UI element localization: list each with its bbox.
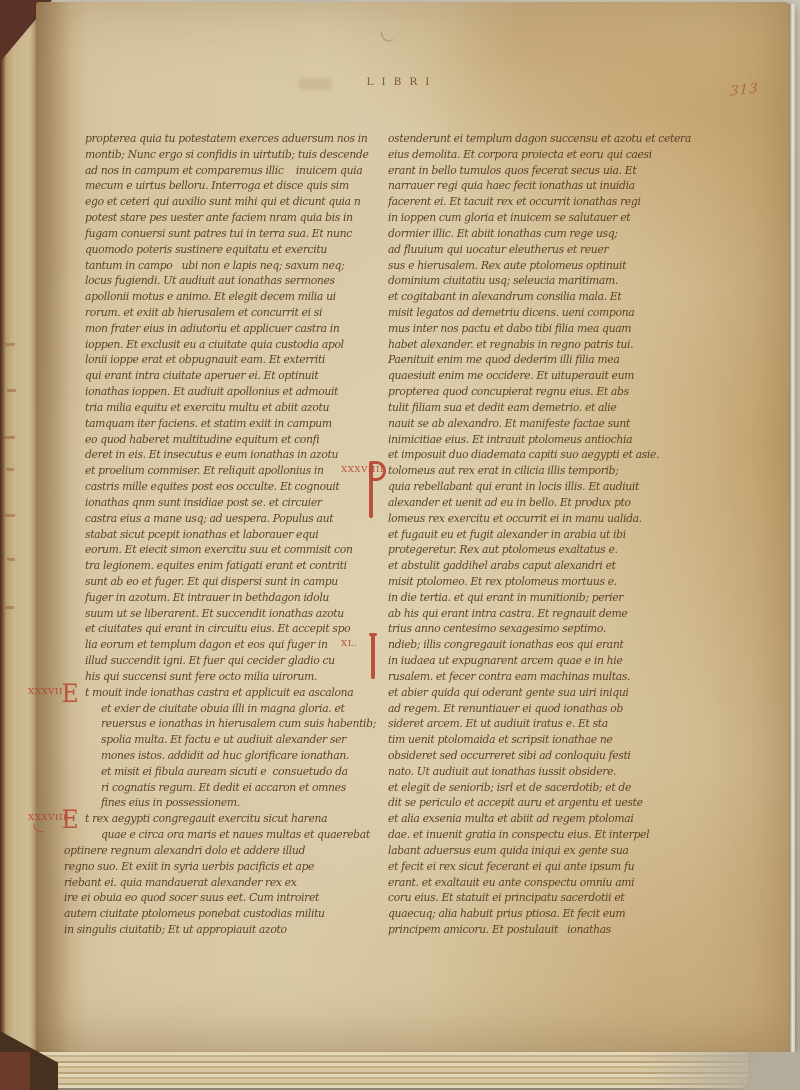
manuscript-line: ego et ceteri qui auxilio sunt mihi qui … [85,195,360,208]
manuscript-line: apollonii motus e animo. Et elegit decem… [85,290,336,303]
manuscript-line: ire ei obuia eo quod socer suus eet. Cum… [64,891,319,904]
manuscript-line: narrauer regi quia haec fecit ionathas u… [388,179,635,192]
margin-chapter-number: XXXVII [28,687,63,697]
manuscript-line: sunt ab eo et fuger. Et qui dispersi sun… [85,575,338,588]
manuscript-line: et imposuit duo diademata capiti suo aeg… [388,448,659,461]
manuscript-line: dominium ciuitatiu usq; seleucia maritim… [388,274,618,287]
manuscript-line: castris mille equites post eos occulte. … [85,480,339,493]
manuscript-line: optinere regnum alexandri dolo et addere… [64,844,305,857]
manuscript-line: protegeretur. Rex aut ptolomeus exaltatu… [388,543,618,556]
manuscript-line: mones istos. addidit ad huc glorificare … [101,749,349,762]
manuscript-line: rorum. et exiit ab hierusalem et concurr… [85,306,322,319]
page-edges-fade [640,1052,800,1090]
manuscript-line: montib; Nunc ergo si confidis in uirtuti… [85,148,369,161]
manuscript-line: ad nos in campum et comparemus illic inu… [85,164,362,177]
manuscript-line: et elegit de seniorib; isrl et de sacerd… [388,781,631,794]
manuscript-line: riebant ei. quia mandauerat alexander re… [64,876,296,889]
manuscript-line: sideret arcem. Et ut audiuit iratus e. E… [388,717,608,730]
manuscript-line: et abier quida qui oderant gente sua uir… [388,686,629,699]
manuscript-line: habet alexander. et regnabis in regno pa… [388,338,633,351]
manuscript-line: ionathas ioppen. Et audiuit apollonius e… [85,385,338,398]
manuscript-line: tantum in campo ubi non e lapis neq; sax… [85,259,344,272]
running-title: LIBRI [332,76,472,88]
manuscript-line: eius demolita. Et corpora proiecta et eo… [388,148,652,161]
manuscript-line: dit se periculo et accepit auru et argen… [388,796,643,809]
manuscript-line: et abstulit gaddihel arabs caput alexand… [388,559,616,572]
margin-chapter-number: XXXVIII [28,813,67,823]
manuscript-line: fuger in azotum. Et intrauer in bethdago… [85,591,329,604]
manuscript-line: erant in bello tumulos quos fecerat secu… [388,164,636,177]
manuscript-line: qui erant intra ciuitate aperuer ei. Et … [85,369,318,382]
manuscript-line: deret in eis. Et insecutus e eum ionatha… [85,448,338,461]
manuscript-line: nauit se ab alexandro. Et manifeste fact… [388,417,630,430]
edge-fragment-mark [5,606,14,609]
manuscript-line: misit ptolomeo. Et rex ptolomeus mortuus… [388,575,617,588]
manuscript-line: in singulis ciuitatib; Et ut appropiauit… [64,923,287,936]
manuscript-line: tamquam iter faciens. et statim exiit in… [85,417,332,430]
manuscript-line: ad regem. Et renuntiauer ei quod ionatha… [388,702,623,715]
parchment-page: LIBRI 313 propterea quia tu potestatem e… [36,2,792,1054]
manuscript-line: ionathas qnm sunt insidiae post se. et c… [85,496,322,509]
manuscript-line: dae. et inuenit gratia in conspectu eius… [388,828,649,841]
manuscript-line: facerent ei. Et tacuit rex et occurrit i… [388,195,641,208]
pen-trial-mark [380,29,393,44]
manuscript-line: lonii ioppe erat et obpugnauit eam. Et e… [85,353,325,366]
manuscript-line: et misit ei fibula auream sicuti e consu… [101,765,348,778]
manuscript-line: t mouit inde ionathas castra et applicui… [85,686,353,699]
manuscript-line: quaecuq; alia habuit prius ptiosa. Et fe… [388,907,625,920]
manuscript-line: et cogitabant in alexandrum consilia mal… [388,290,621,303]
manuscript-line: in ioppen cum gloria et inuicem se salut… [388,211,630,224]
manuscript-line: tolomeus aut rex erat in cilicia illis t… [388,464,618,477]
manuscript-line: mon frater eius in adiutoriu et applicue… [85,322,340,335]
manuscript-line: dormier illic. Et abiit ionathas cum reg… [388,227,618,240]
manuscript-line: eorum. Et eiecit simon exercitu suu et c… [85,543,353,556]
manuscript-line: in die tertia. et qui erant in munitioni… [388,591,623,604]
manuscript-line: principem amicoru. Et postulauit ionatha… [388,923,611,936]
manuscript-line: reuersus e ionathas in hierusalem cum su… [101,717,376,730]
manuscript-line: quomodo poteris sustinere equitatu et ex… [85,243,327,256]
manuscript-line: quia rebellabant qui erant in locis illi… [388,480,639,493]
manuscript-line: mus inter nos pactu et dabo tibi filia m… [388,322,631,335]
manuscript-line: et fugauit eu et fugit alexander in arab… [388,528,626,541]
rubric-initial-E: E [62,681,79,706]
manuscript-line: eo quod haberet multitudine equitum et c… [85,433,319,446]
edge-fragment-mark [4,436,15,439]
edge-fragment-mark [5,514,15,517]
manuscript-line: et exier de ciuitate obuia illi in magna… [101,702,345,715]
manuscript-line: tra legionem. equites enim fatigati eran… [85,559,347,572]
manuscript-photo: LIBRI 313 propterea quia tu potestatem e… [0,0,800,1090]
manuscript-line: et ciuitates qui erant in circuitu eius.… [85,622,350,635]
manuscript-line: coru eius. Et statuit ei principatu sace… [388,891,624,904]
manuscript-line: et proelium commiser. Et reliquit apollo… [85,464,324,477]
manuscript-line: lomeus rex exercitu et occurrit ei in ma… [388,512,642,525]
edge-fragment-mark [5,343,15,347]
manuscript-line: potest stare pes uester ante faciem nram… [85,211,353,224]
manuscript-line: fugam conuersi sunt patres tui in terra … [85,227,352,240]
manuscript-line: ad fluuium qui uocatur eleutherus et reu… [388,243,608,256]
page-fore-edge [789,4,795,1054]
manuscript-line: labant aduersus eum quida iniqui ex gent… [388,844,629,857]
manuscript-line: illud succendit igni. Et fuer qui cecide… [85,654,335,667]
margin-chapter-number: XXXVIIII [341,465,384,475]
manuscript-line: Paenituit enim me quod dederim illi fili… [388,353,619,366]
manuscript-line: trius anno centesimo sexagesimo septimo. [388,622,606,635]
manuscript-line: tulit filiam sua et dedit eam demetrio. … [388,401,616,414]
manuscript-line: in iudaea ut expugnarent arcem quae e in… [388,654,622,667]
edge-fragment-mark [7,389,16,392]
manuscript-line: t rex aegypti congregauit exercitu sicut… [85,812,327,825]
cover-corner-leather [0,1052,30,1090]
manuscript-line: fines eius in possessionem. [101,796,240,809]
manuscript-line: ri cognatis regum. Et dedit ei accaron e… [101,781,346,794]
manuscript-line: ostenderunt ei templum dagon succensu et… [388,132,691,145]
manuscript-line: inimicitiae eius. Et intrauit ptolomeus … [388,433,632,446]
manuscript-line: alexander et uenit ad eu in bello. Et pr… [388,496,631,509]
manuscript-line: rusalem. et fecer contra eam machinas mu… [388,670,630,683]
erased-header-word [298,78,332,90]
edge-fragment-mark [7,558,15,561]
manuscript-line: ab his qui erant intra castra. Et regnau… [388,607,627,620]
manuscript-line: quaesiuit enim me occidere. Et uituperau… [388,369,634,382]
manuscript-line: propterea quia tu potestatem exerces adu… [85,132,368,145]
manuscript-line: misit legatos ad demetriu dicens. ueni c… [388,306,634,319]
folio-number: 313 [730,80,759,100]
manuscript-line: erant. et exaltauit eu ante conspectu om… [388,876,634,889]
manuscript-line: ndieb; illis congregauit ionathas eos qu… [388,638,623,651]
manuscript-line: castra eius a mane usq; ad uespera. Popu… [85,512,333,525]
manuscript-line: ioppen. Et exclusit eu a ciuitate quia c… [85,338,344,351]
manuscript-line: quae e circa ora maris et naues multas e… [101,828,370,841]
manuscript-line: sus e hierusalem. Rex aute ptolomeus opt… [388,259,626,272]
edge-fragment-mark [6,468,14,471]
manuscript-line: his qui succensi sunt fere octo milia ui… [85,670,317,683]
manuscript-line: mecum e uirtus belloru. Interroga et dis… [85,179,349,192]
manuscript-line: tria milia equitu et exercitu multu et a… [85,401,329,414]
manuscript-line: propterea quod concupierat regnu eius. E… [388,385,629,398]
manuscript-line: obsideret sed occurreret sibi ad conloqu… [388,749,631,762]
manuscript-line: tim uenit ptolomaida et scripsit ionatha… [388,733,612,746]
manuscript-line: locus fugiendi. Ut audiuit aut ionathas … [85,274,335,287]
manuscript-line: stabat sicut pcepit ionathas et laboraue… [85,528,318,541]
manuscript-line: spolia multa. Et factu e ut audiuit alex… [101,733,346,746]
margin-chapter-number: XL. [341,639,357,649]
manuscript-line: suum ut se liberarent. Et succendit iona… [85,607,344,620]
manuscript-line: et alia exsenia multa et abiit ad regem … [388,812,633,825]
manuscript-line: nato. Ut audiuit aut ionathas iussit obs… [388,765,616,778]
manuscript-line: et fecit ei rex sicut fecerant ei qui an… [388,860,634,873]
manuscript-line: lia eorum et templum dagon et eos qui fu… [85,638,328,651]
manuscript-line: regno suo. Et exiit in syria uerbis paci… [64,860,314,873]
manuscript-line: autem ciuitate ptolomeus ponebat custodi… [64,907,325,920]
